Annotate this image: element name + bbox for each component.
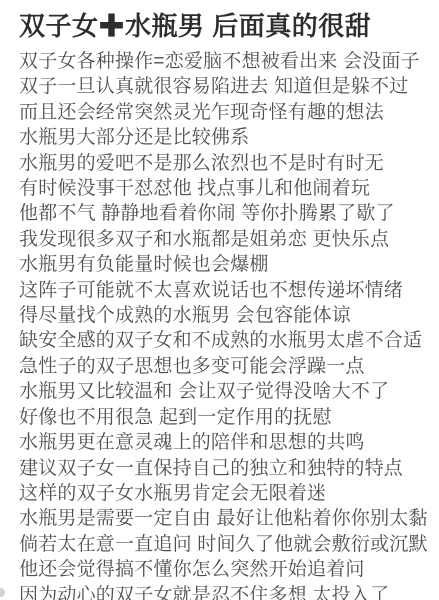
text-line: 有时候没事干怼怼他 找点事儿和他闹着玩	[19, 176, 429, 201]
text-line: 水瓶男又比较温和 会让双子觉得没啥大不了	[19, 379, 429, 404]
text-line: 水瓶男大部分还是比较佛系	[19, 125, 429, 150]
text-line: 双子女各种操作=恋爱脑不想被看出来 会没面子	[19, 49, 429, 74]
text-line: 缺安全感的双子女和不成熟的水瓶男太虐不合适	[19, 328, 429, 353]
screenshot-root: { "page": { "title": "双子女✚水瓶男 后面真的很甜", "…	[0, 0, 439, 600]
article: 双子女✚水瓶男 后面真的很甜 双子女各种操作=恋爱脑不想被看出来 会没面子双子一…	[0, 0, 439, 600]
text-line: 这样的双子女水瓶男肯定会无限着迷	[19, 481, 429, 506]
text-line: 他都不气 静静地看着你闹 等你扑腾累了歇了	[19, 201, 429, 226]
text-line: 水瓶男有负能量时候也会爆棚	[19, 252, 429, 277]
text-line: 因为动心的双子女就是忍不住多想 太投入了	[19, 583, 429, 600]
text-line: 我发现很多双子和水瓶都是姐弟恋 更快乐点	[19, 227, 429, 252]
text-line: 双子一旦认真就很容易陷进去 知道但是躲不过	[19, 74, 429, 99]
text-line: 这阵子可能就不太喜欢说话也不想传递坏情绪	[19, 278, 429, 303]
text-line: 水瓶男更在意灵魂上的陪伴和思想的共鸣	[19, 430, 429, 455]
text-line: 好像也不用很急 起到一定作用的抚慰	[19, 405, 429, 430]
body-text: 双子女各种操作=恋爱脑不想被看出来 会没面子双子一旦认真就很容易陷进去 知道但是…	[19, 49, 429, 600]
text-line: 他还会觉得搞不懂你怎么突然开始追着问	[19, 557, 429, 582]
text-line: 得尽量找个成熟的水瓶男 会包容能体谅	[19, 303, 429, 328]
text-line: 倘若太在意一直追问 时间久了他就会敷衍或沉默	[19, 532, 429, 557]
text-line: 建议双子女一直保持自己的独立和独特的特点	[19, 456, 429, 481]
text-line: 水瓶男是需要一定自由 最好让他粘着你你别太黏	[19, 506, 429, 531]
text-line: 而且还会经常突然灵光乍现奇怪有趣的想法	[19, 100, 429, 125]
text-line: 水瓶男的爱吧不是那么浓烈也不是时有时无	[19, 151, 429, 176]
page-title: 双子女✚水瓶男 后面真的很甜	[19, 11, 429, 41]
text-line: 急性子的双子思想也多变可能会浮躁一点	[19, 354, 429, 379]
